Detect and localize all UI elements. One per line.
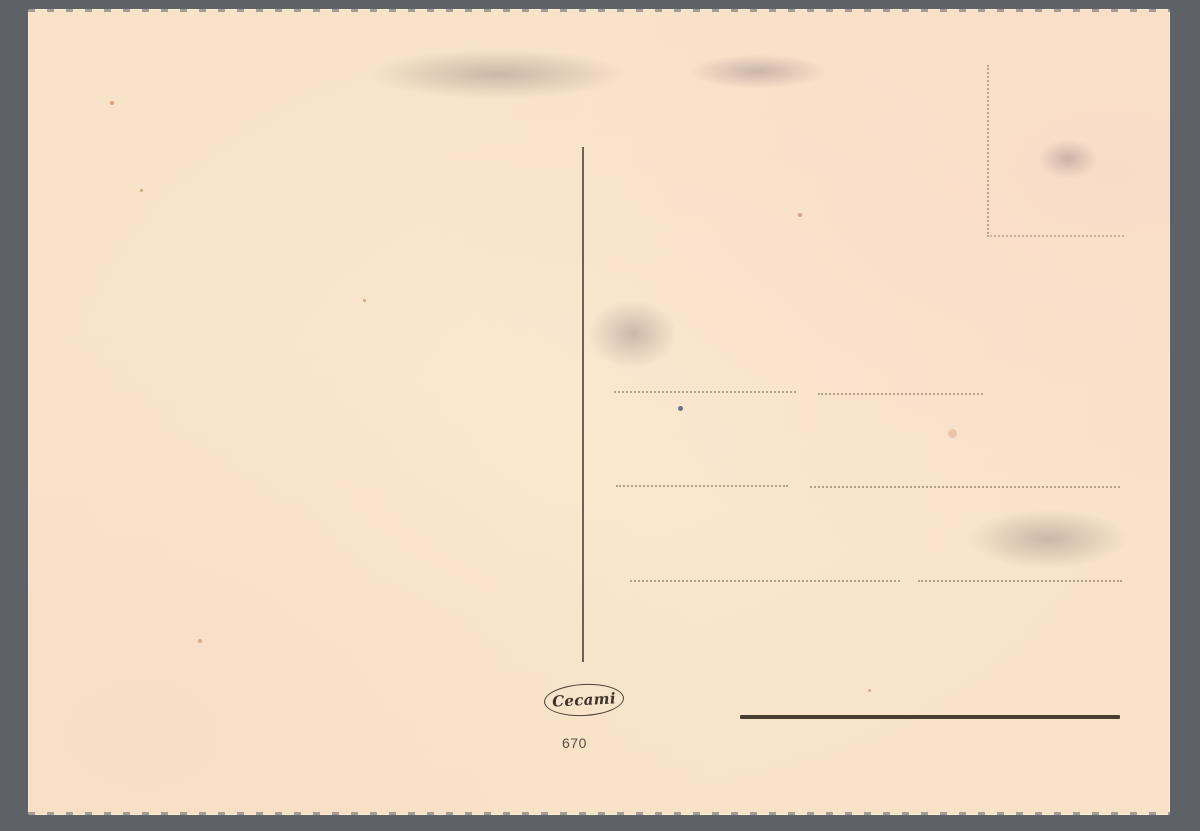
print-smudge <box>968 509 1128 569</box>
print-smudge <box>588 299 678 369</box>
card-number: 670 <box>562 735 587 751</box>
foxing-spot <box>798 213 802 217</box>
address-line-1-right <box>818 393 983 395</box>
message-address-divider <box>582 147 584 662</box>
address-line-2-right <box>810 486 1120 488</box>
stamp-placement-box <box>987 65 1124 237</box>
foxing-spot <box>110 101 114 105</box>
foxing-spot <box>678 406 683 411</box>
foxing-spot <box>948 429 957 438</box>
publisher-logo-text: Cecami <box>552 689 617 710</box>
print-smudge <box>688 54 828 89</box>
destination-line <box>740 715 1120 719</box>
address-line-3-left <box>630 580 900 582</box>
address-line-3-right <box>918 580 1122 582</box>
foxing-spot <box>363 299 366 302</box>
address-line-2-left <box>616 485 788 487</box>
foxing-spot <box>140 189 143 192</box>
foxing-spot <box>198 639 202 643</box>
publisher-logo: Cecami <box>543 682 625 718</box>
print-smudge <box>368 49 628 99</box>
foxing-spot <box>868 689 871 692</box>
postcard-back: Cecami 670 <box>28 9 1170 815</box>
address-line-1-left <box>614 391 796 393</box>
